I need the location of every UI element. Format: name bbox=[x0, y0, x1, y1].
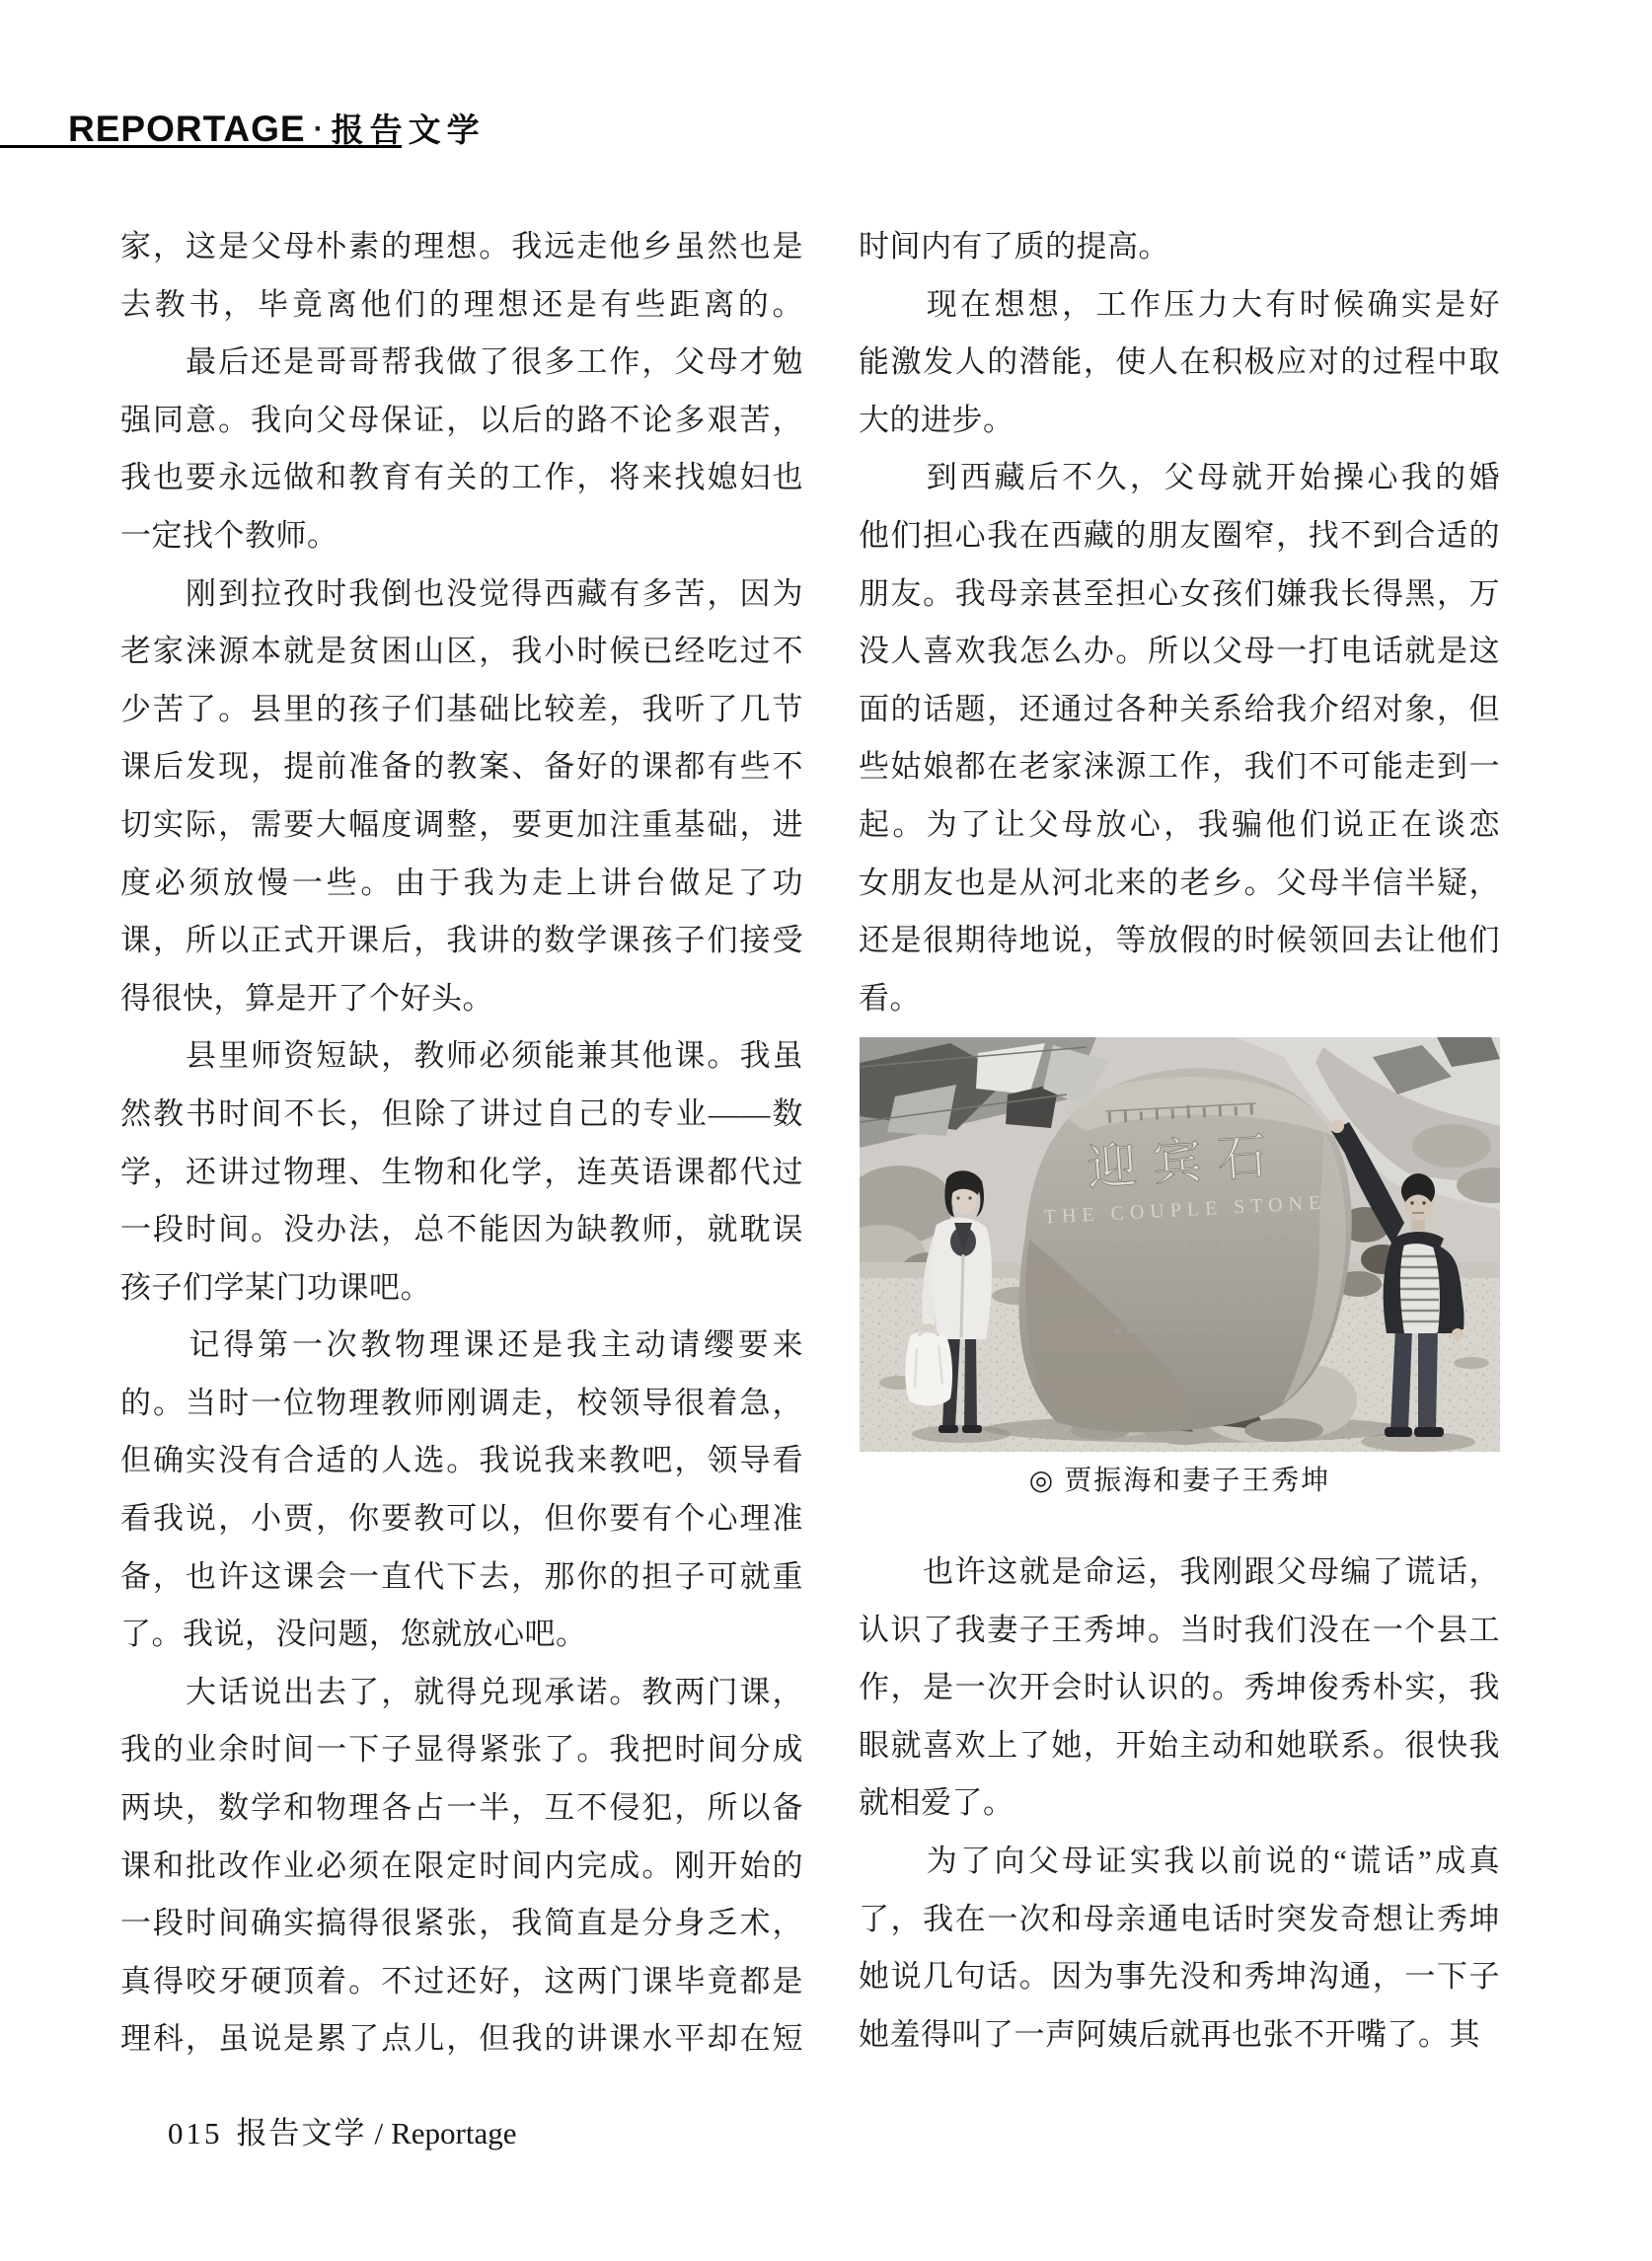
right-text-column-bottom: 也许这就是命运，我刚跟父母编了谎话，就认识了我妻子王秀坤。当时我们没在一个县工作… bbox=[859, 1544, 1500, 2064]
text-line: 还是很期待地说，等放假的时候领回去让他们看 bbox=[859, 912, 1500, 970]
text-line: 了，我在一次和母亲通电话时突发奇想让秀坤和 bbox=[859, 1891, 1500, 1949]
text-line: 时间内有了质的提高。 bbox=[859, 218, 1500, 276]
text-line: 看。 bbox=[859, 970, 1500, 1028]
text-line: 课和批改作业必须在限定时间内完成。刚开始的 bbox=[120, 1838, 803, 1896]
text-line: 也许这就是命运，我刚跟父母编了谎话，就 bbox=[859, 1544, 1500, 1602]
masthead-title-zh: 报告文学 bbox=[332, 112, 486, 148]
plastic-bag bbox=[905, 1331, 952, 1405]
text-line: 然教书时间不长，但除了讲过自己的专业——数 bbox=[120, 1086, 803, 1144]
footer-section-en: Reportage bbox=[391, 2116, 516, 2150]
welcome-stone: 迎宾石 THE COUPLE STONE bbox=[1018, 1068, 1351, 1432]
text-line: 了。我说，没问题，您就放心吧。 bbox=[120, 1606, 803, 1664]
text-line: 起。为了让父母放心，我骗他们说正在谈恋爱， bbox=[859, 796, 1500, 855]
section-masthead: REPORTAGE·报告文学 bbox=[68, 105, 486, 151]
right-text-column-top: 时间内有了质的提高。 现在想想，工作压力大有时候确实是好事，能激发人的潜能，使人… bbox=[859, 218, 1500, 1027]
text-line: 她说几句话。因为事先没和秀坤沟通，一下子把 bbox=[859, 1948, 1500, 2006]
text-line: 家，这是父母朴素的理想。我远走他乡虽然也是 bbox=[120, 218, 803, 276]
page-number: 015 bbox=[168, 2116, 223, 2150]
text-line: 面的话题，还通过各种关系给我介绍对象，但这 bbox=[859, 681, 1500, 739]
footer-separator: / bbox=[367, 2116, 392, 2150]
footer-section-zh: 报告文学 bbox=[237, 2116, 367, 2150]
text-line: 朋友。我母亲甚至担心女孩们嫌我长得黑，万一 bbox=[859, 565, 1500, 624]
text-line: 备，也许这课会一直代下去，那你的担子可就重 bbox=[120, 1548, 803, 1607]
text-line: 一定找个教师。 bbox=[120, 507, 803, 565]
text-line: 强同意。我向父母保证，以后的路不论多艰苦， bbox=[120, 392, 803, 450]
text-line: 最后还是哥哥帮我做了很多工作，父母才勉 bbox=[120, 334, 803, 392]
text-line: 两块，数学和物理各占一半，互不侵犯，所以备 bbox=[120, 1779, 803, 1838]
text-line: 她羞得叫了一声阿姨后就再也张不开嘴了。其实 bbox=[859, 2006, 1500, 2065]
text-line: 课后发现，提前准备的教案、备好的课都有些不 bbox=[120, 738, 803, 796]
text-line: 得很快，算是开了个好头。 bbox=[120, 970, 803, 1028]
text-line: 度必须放慢一些。由于我为走上讲台做足了功 bbox=[120, 855, 803, 913]
text-line: 些姑娘都在老家涞源工作，我们不可能走到一 bbox=[859, 738, 1500, 796]
left-text-column: 家，这是父母朴素的理想。我远走他乡虽然也是去教书，毕竟离他们的理想还是有些距离的… bbox=[120, 218, 803, 2069]
text-line: 刚到拉孜时我倒也没觉得西藏有多苦，因为 bbox=[120, 565, 803, 624]
text-line: 一段时间确实搞得很紧张，我简直是分身乏术， bbox=[120, 1895, 803, 1953]
text-line: 老家涞源本就是贫困山区，我小时候已经吃过不 bbox=[120, 623, 803, 681]
text-line: 眼就喜欢上了她，开始主动和她联系。很快我们 bbox=[859, 1717, 1500, 1775]
text-line: 的。当时一位物理教师刚调走，校领导很着急， bbox=[120, 1375, 803, 1433]
text-line: 看我说，小贾，你要教可以，但你要有个心理准 bbox=[120, 1490, 803, 1548]
text-line: 大的进步。 bbox=[859, 392, 1500, 450]
text-line: 县里师资短缺，教师必须能兼其他课。我虽 bbox=[120, 1027, 803, 1086]
text-line: 一段时间。没办法，总不能因为缺教师，就耽误 bbox=[120, 1201, 803, 1259]
masthead-underline bbox=[0, 145, 402, 148]
page-footer: 015报告文学/Reportage bbox=[168, 2114, 517, 2153]
text-line: 女朋友也是从河北来的老乡。父母半信半疑，但 bbox=[859, 855, 1500, 913]
text-line: 我也要永远做和教育有关的工作，将来找媳妇也 bbox=[120, 449, 803, 507]
text-line: 少苦了。县里的孩子们基础比较差，我听了几节 bbox=[120, 681, 803, 739]
text-line: 就相爱了。 bbox=[859, 1774, 1500, 1833]
text-line: 理科，虽说是累了点儿，但我的讲课水平却在短 bbox=[120, 2010, 803, 2069]
text-line: 认识了我妻子王秀坤。当时我们没在一个县工 bbox=[859, 1602, 1500, 1660]
text-line: 学，还讲过物理、生物和化学，连英语课都代过 bbox=[120, 1144, 803, 1202]
photo-couple-stone: 迎宾石 THE COUPLE STONE bbox=[860, 1037, 1500, 1452]
text-line: 没人喜欢我怎么办。所以父母一打电话就是这方 bbox=[859, 623, 1500, 681]
text-line: 他们担心我在西藏的朋友圈窄，找不到合适的女 bbox=[859, 507, 1500, 565]
text-line: 大话说出去了，就得兑现承诺。教两门课， bbox=[120, 1664, 803, 1722]
text-line: 到西藏后不久，父母就开始操心我的婚事， bbox=[859, 449, 1500, 507]
text-line: 孩子们学某门功课吧。 bbox=[120, 1259, 803, 1318]
text-line: 为了向父母证实我以前说的“谎话”成真 bbox=[859, 1833, 1500, 1891]
masthead-title-en: REPORTAGE bbox=[68, 109, 306, 149]
text-line: 作，是一次开会时认识的。秀坤俊秀朴实，我一 bbox=[859, 1659, 1500, 1717]
text-line: 切实际，需要大幅度调整，要更加注重基础，进 bbox=[120, 796, 803, 855]
text-line: 记得第一次教物理课还是我主动请缨要来 bbox=[120, 1317, 803, 1375]
magazine-page: REPORTAGE·报告文学 家，这是父母朴素的理想。我远走他乡虽然也是去教书，… bbox=[0, 0, 1652, 2261]
text-line: 课，所以正式开课后，我讲的数学课孩子们接受 bbox=[120, 912, 803, 970]
masthead-separator: · bbox=[306, 113, 332, 145]
text-line: 我的业余时间一下子显得紧张了。我把时间分成 bbox=[120, 1721, 803, 1779]
text-line: 能激发人的潜能，使人在积极应对的过程中取得 bbox=[859, 334, 1500, 392]
text-line: 真得咬牙硬顶着。不过还好，这两门课毕竟都是 bbox=[120, 1953, 803, 2011]
text-line: 但确实没有合适的人选。我说我来教吧，领导看 bbox=[120, 1432, 803, 1490]
text-line: 现在想想，工作压力大有时候确实是好事， bbox=[859, 276, 1500, 335]
text-line: 去教书，毕竟离他们的理想还是有些距离的。 bbox=[120, 276, 803, 335]
photo-caption: ◎ 贾振海和妻子王秀坤 bbox=[860, 1460, 1500, 1503]
